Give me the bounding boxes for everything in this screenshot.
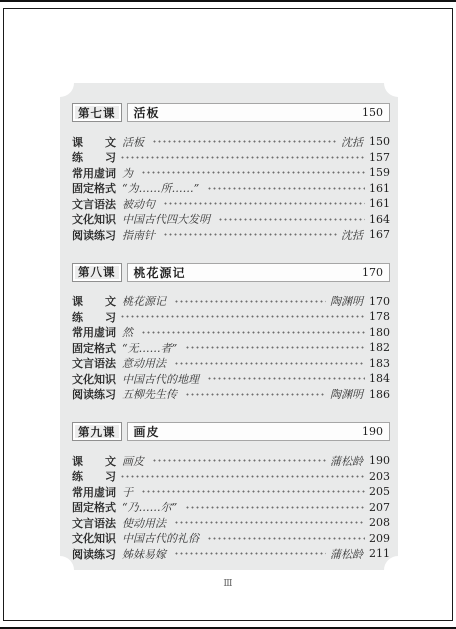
- row-page-number: 207: [369, 501, 390, 514]
- row-label: 文言语法: [72, 196, 116, 212]
- row-page-number: 190: [369, 454, 390, 467]
- lesson-title-bar: 画皮 190: [127, 422, 391, 441]
- row-page-number: 161: [369, 182, 390, 195]
- row-author: 陶渊明: [330, 386, 363, 402]
- row-page-number: 183: [369, 357, 390, 370]
- dot-leader: [120, 315, 365, 318]
- row-page-number: 150: [369, 135, 390, 148]
- lesson-page-number: 190: [362, 425, 383, 438]
- row-page-number: 211: [369, 547, 390, 560]
- lesson-header: 第七课 活板 150: [72, 103, 390, 122]
- toc-row: 练习 178: [72, 309, 390, 325]
- dot-leader: [185, 393, 326, 396]
- row-label: 文言语法: [72, 355, 116, 371]
- dot-leader: [218, 218, 365, 221]
- row-content: 五柳先生传: [122, 386, 177, 402]
- row-label: 固定格式: [72, 180, 116, 196]
- row-label: 常用虚词: [72, 324, 116, 340]
- lesson-page-number: 150: [362, 106, 383, 119]
- toc-row: 常用虚词 然 180: [72, 325, 390, 341]
- row-label: 阅读练习: [72, 546, 116, 562]
- toc-row: 常用虚词 于 205: [72, 484, 390, 500]
- row-author: 蒲松龄: [330, 453, 363, 469]
- dot-leader: [185, 346, 365, 349]
- toc-row: 文化知识 中国古代的地理 184: [72, 371, 390, 387]
- footer-page-number: Ⅲ: [0, 578, 456, 589]
- card-corner-scoop: [46, 69, 74, 97]
- row-label: 课文: [72, 134, 116, 150]
- dot-leader: [120, 475, 365, 478]
- row-content: 为: [122, 165, 133, 181]
- row-label: 固定格式: [72, 340, 116, 356]
- lesson-page-number: 170: [362, 266, 383, 279]
- dot-leader: [141, 331, 365, 334]
- row-label: 固定格式: [72, 499, 116, 515]
- toc-row: 阅读练习 指南针 沈括 167: [72, 227, 390, 243]
- row-label: 练习: [72, 309, 116, 325]
- lesson-header: 第九课 画皮 190: [72, 422, 390, 441]
- toc-row: 常用虚词 为 159: [72, 165, 390, 181]
- row-label: 练习: [72, 149, 116, 165]
- row-page-number: 186: [369, 388, 390, 401]
- section-lesson-8: 第八课 桃花源记 170 课文 桃花源记 陶渊明 170 练习 178: [72, 263, 390, 403]
- row-content: 画皮: [122, 453, 144, 469]
- row-page-number: 205: [369, 485, 390, 498]
- toc-row: 课文 桃花源记 陶渊明 170: [72, 294, 390, 310]
- dot-leader: [141, 490, 365, 493]
- toc-row: 文化知识 中国古代的礼俗 209: [72, 531, 390, 547]
- row-content: 于: [122, 484, 133, 500]
- row-page-number: 182: [369, 341, 390, 354]
- row-content: “乃……尔”: [122, 499, 177, 515]
- dot-leader: [152, 140, 337, 143]
- toc-row: 阅读练习 五柳先生传 陶渊明 186: [72, 387, 390, 403]
- row-page-number: 178: [369, 310, 390, 323]
- toc-card: 第七课 活板 150 课文 活板 沈括 150 练习 157: [60, 83, 398, 570]
- toc-row: 文言语法 被动句 161: [72, 196, 390, 212]
- row-label: 阅读练习: [72, 386, 116, 402]
- section-lesson-9: 第九课 画皮 190 课文 画皮 蒲松龄 190 练习 203: [72, 422, 390, 562]
- lesson-badge: 第八课: [72, 263, 122, 282]
- dot-leader: [174, 300, 326, 303]
- card-corner-scoop: [384, 69, 412, 97]
- row-page-number: 203: [369, 470, 390, 483]
- row-content: 意动用法: [122, 355, 166, 371]
- row-label: 阅读练习: [72, 227, 116, 243]
- row-content: “为……所……”: [122, 180, 199, 196]
- lesson-title: 活板: [134, 104, 160, 121]
- row-content: 被动句: [122, 196, 155, 212]
- row-author: 沈括: [341, 227, 363, 243]
- dot-leader: [152, 459, 326, 462]
- toc-row: 阅读练习 姊妹易嫁 蒲松龄 211: [72, 546, 390, 562]
- lesson-badge: 第七课: [72, 103, 122, 122]
- row-page-number: 180: [369, 326, 390, 339]
- row-content: 中国古代四大发明: [122, 211, 210, 227]
- row-content: 中国古代的礼俗: [122, 530, 199, 546]
- toc-row: 固定格式 “无……者” 182: [72, 340, 390, 356]
- toc-row: 文化知识 中国古代四大发明 164: [72, 212, 390, 228]
- row-content: 活板: [122, 134, 144, 150]
- row-content: 然: [122, 324, 133, 340]
- toc-row: 固定格式 “乃……尔” 207: [72, 500, 390, 516]
- row-page-number: 161: [369, 197, 390, 210]
- dot-leader: [141, 171, 365, 174]
- dot-leader: [207, 377, 365, 380]
- row-page-number: 157: [369, 151, 390, 164]
- scanned-page: 第七课 活板 150 课文 活板 沈括 150 练习 157: [0, 0, 456, 629]
- dot-leader: [174, 521, 365, 524]
- row-label: 课文: [72, 453, 116, 469]
- lesson-header: 第八课 桃花源记 170: [72, 263, 390, 282]
- row-label: 文化知识: [72, 530, 116, 546]
- row-page-number: 208: [369, 516, 390, 529]
- row-page-number: 209: [369, 532, 390, 545]
- row-label: 课文: [72, 293, 116, 309]
- row-label: 文化知识: [72, 211, 116, 227]
- toc-row: 练习 157: [72, 150, 390, 166]
- toc-row: 课文 活板 沈括 150: [72, 134, 390, 150]
- row-content: 桃花源记: [122, 293, 166, 309]
- row-content: “无……者”: [122, 340, 177, 356]
- outer-border-top: [0, 0, 456, 2]
- lesson-title-bar: 桃花源记 170: [127, 263, 391, 282]
- dot-leader: [207, 537, 365, 540]
- row-content: 指南针: [122, 227, 155, 243]
- row-page-number: 184: [369, 372, 390, 385]
- row-author: 沈括: [341, 134, 363, 150]
- row-label: 练习: [72, 468, 116, 484]
- row-author: 陶渊明: [330, 293, 363, 309]
- row-label: 常用虚词: [72, 165, 116, 181]
- row-content: 使动用法: [122, 515, 166, 531]
- row-page-number: 170: [369, 295, 390, 308]
- toc-row: 文言语法 使动用法 208: [72, 515, 390, 531]
- row-label: 文化知识: [72, 371, 116, 387]
- toc-row: 课文 画皮 蒲松龄 190: [72, 453, 390, 469]
- lesson-title: 桃花源记: [134, 264, 186, 281]
- toc-row: 固定格式 “为……所……” 161: [72, 181, 390, 197]
- lesson-title-bar: 活板 150: [127, 103, 391, 122]
- row-label: 常用虚词: [72, 484, 116, 500]
- dot-leader: [174, 552, 326, 555]
- dot-leader: [207, 187, 365, 190]
- dot-leader: [163, 202, 365, 205]
- dot-leader: [120, 156, 365, 159]
- toc-row: 文言语法 意动用法 183: [72, 356, 390, 372]
- row-page-number: 159: [369, 166, 390, 179]
- section-lesson-7: 第七课 活板 150 课文 活板 沈括 150 练习 157: [72, 103, 390, 243]
- row-page-number: 167: [369, 228, 390, 241]
- toc-row: 练习 203: [72, 469, 390, 485]
- row-content: 中国古代的地理: [122, 371, 199, 387]
- row-content: 姊妹易嫁: [122, 546, 166, 562]
- row-author: 蒲松龄: [330, 546, 363, 562]
- row-page-number: 164: [369, 213, 390, 226]
- dot-leader: [185, 506, 365, 509]
- dot-leader: [174, 362, 365, 365]
- row-label: 文言语法: [72, 515, 116, 531]
- dot-leader: [163, 233, 337, 236]
- lesson-title: 画皮: [134, 423, 160, 440]
- lesson-badge: 第九课: [72, 422, 122, 441]
